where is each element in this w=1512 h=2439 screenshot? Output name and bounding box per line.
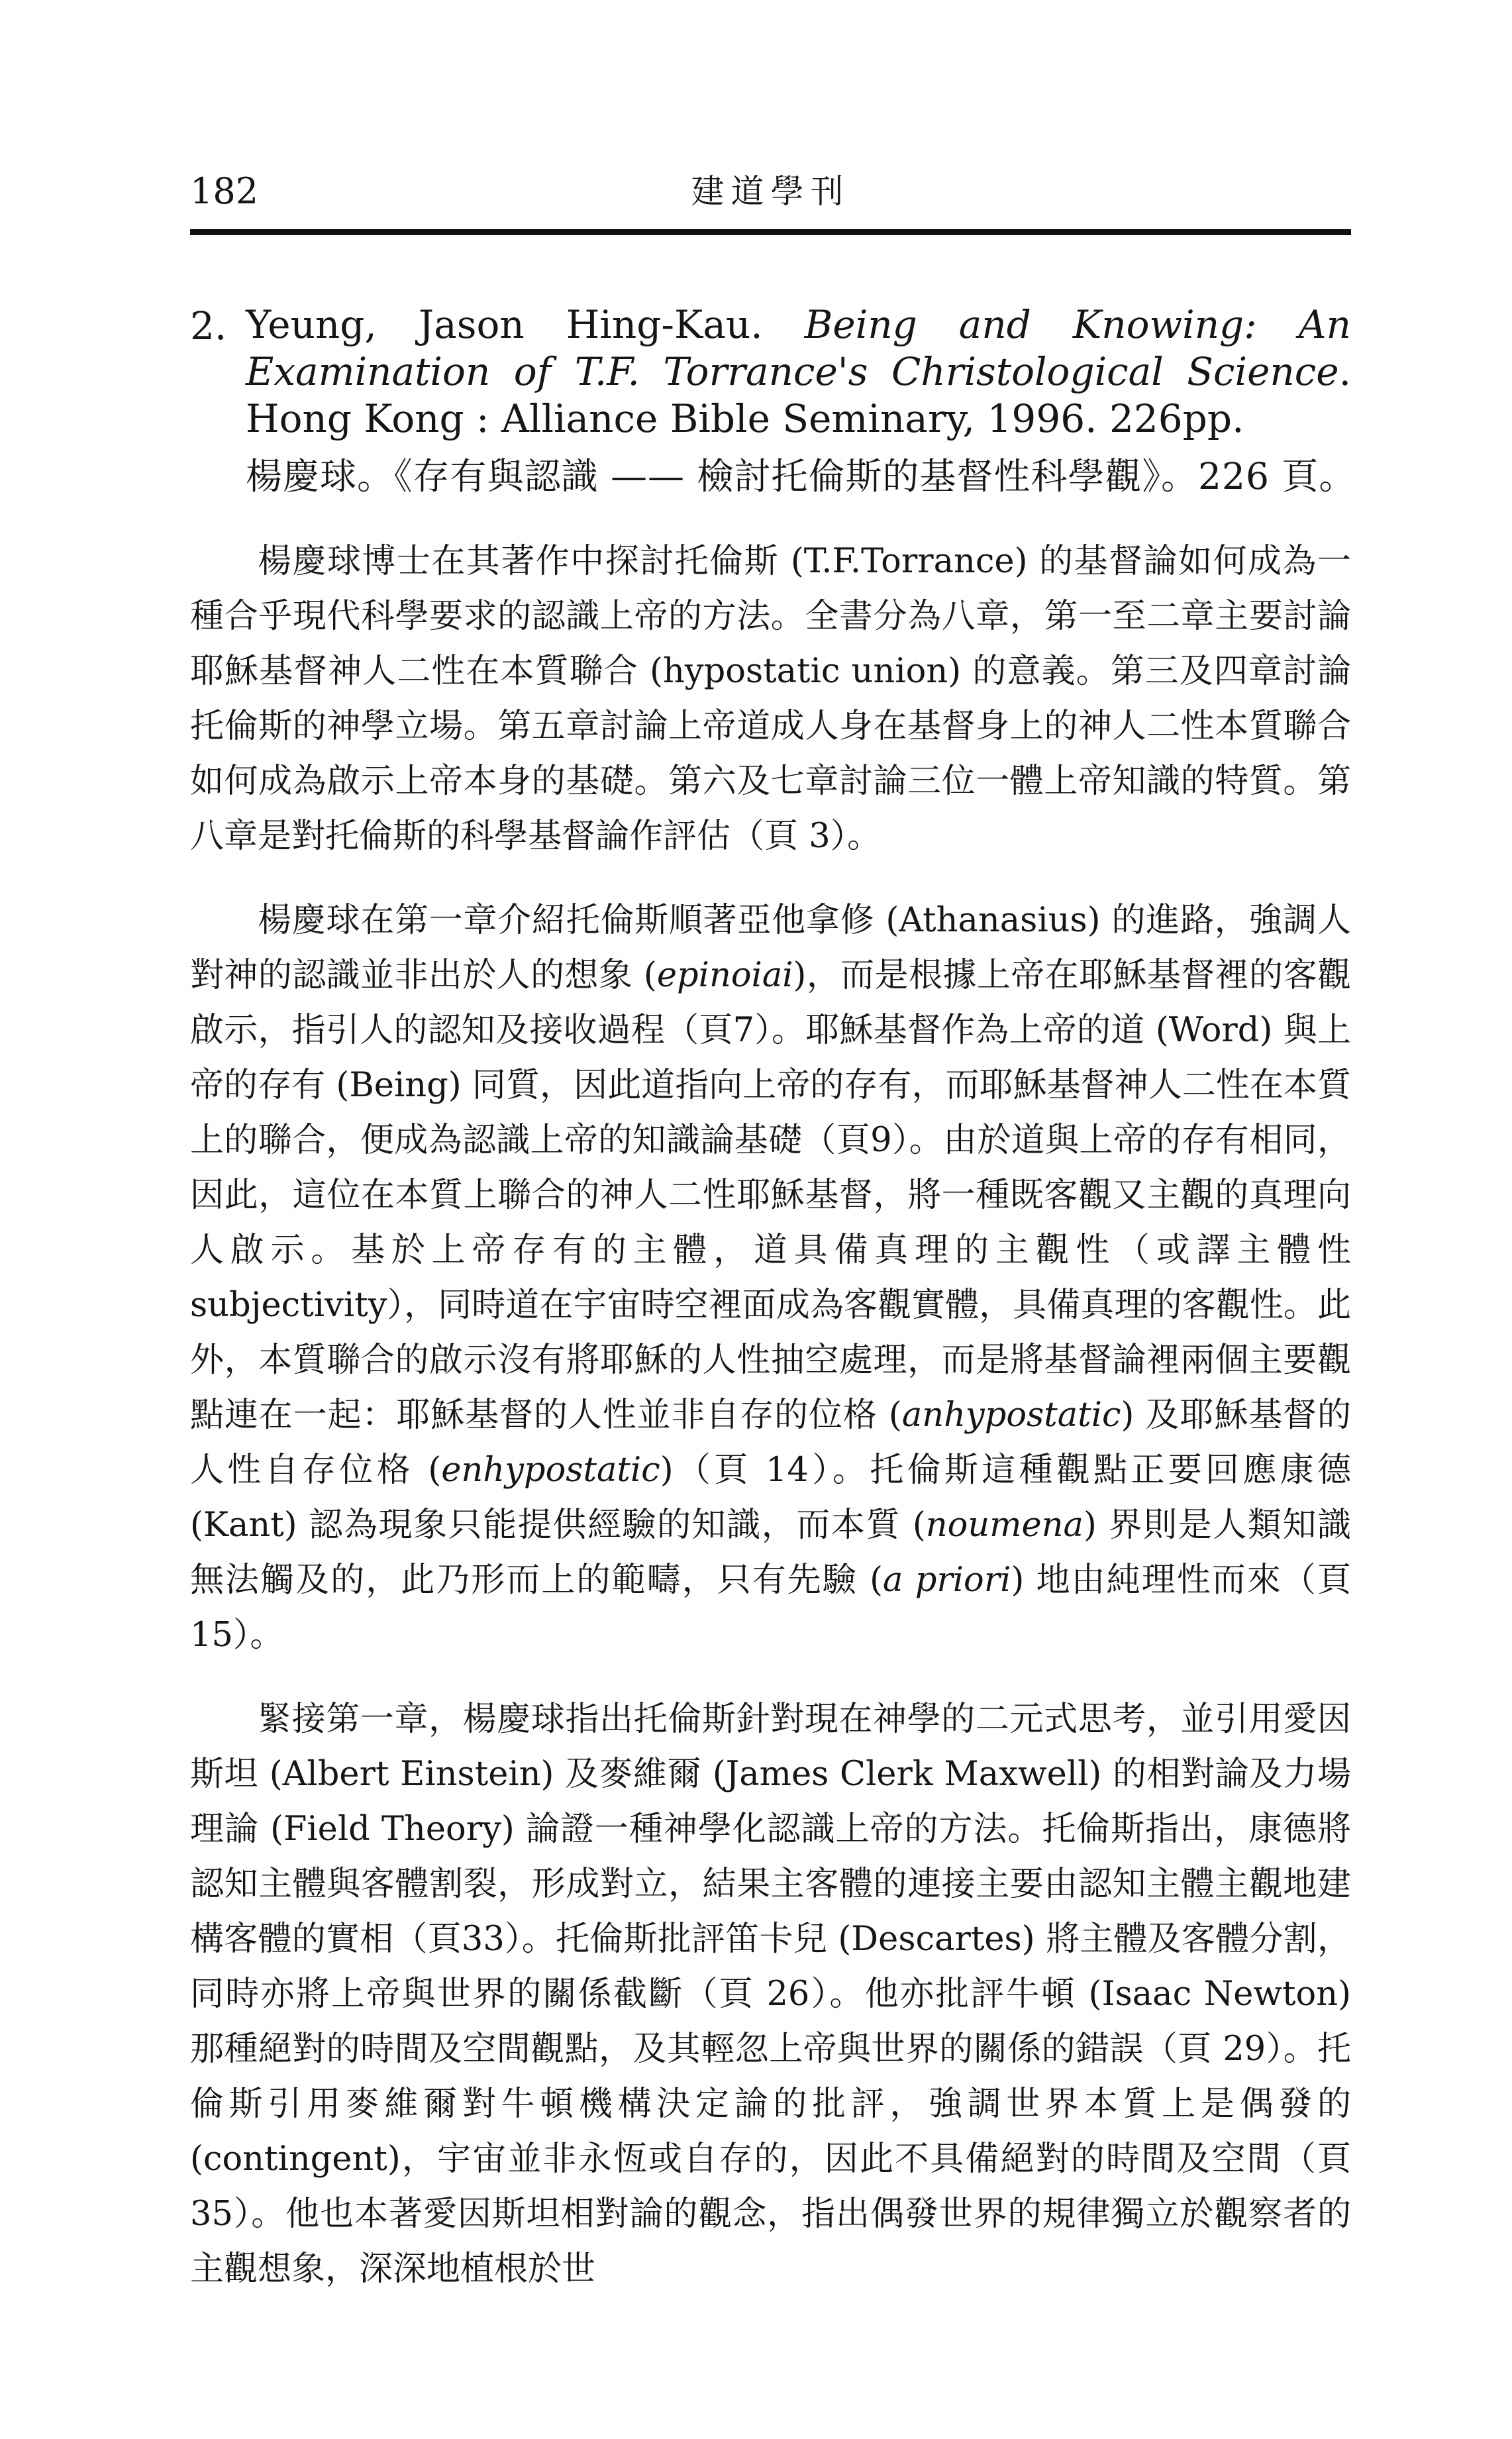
italic-text-run: enhypostatic [441,1451,660,1490]
text-run: 緊接第一章，楊慶球指出托倫斯針對現在神學的二元式思考，並引用愛因斯坦 (Albe… [190,1700,1351,2289]
journal-title: 建道學刊 [691,171,850,212]
paragraph-2: 楊慶球在第一章介紹托倫斯順著亞他拿修 (Athanasius) 的進路，強調人對… [190,893,1351,1663]
review-body: 楊慶球博士在其著作中探討托倫斯 (T.F.Torrance) 的基督論如何成為一… [190,534,1351,2297]
page-number: 182 [190,171,258,212]
journal-page: 182 建道學刊 2. Yeung, Jason Hing-Kau. Being… [0,0,1512,2439]
text-run: )，而是根據上帝在耶穌基督裡的客觀啟示，指引人的認知及接收過程（頁7）。耶穌基督… [190,956,1351,1435]
italic-text-run: anhypostatic [902,1396,1121,1435]
header-rule [190,229,1351,235]
text-run: 楊慶球博士在其著作中探討托倫斯 (T.F.Torrance) 的基督論如何成為一… [190,542,1351,856]
page-header: 182 建道學刊 [190,171,1351,212]
italic-text-run: epinoiai [657,956,793,995]
italic-text-run: noumena [926,1506,1084,1545]
italic-text-run: a priori [883,1561,1011,1600]
citation-english: Yeung, Jason Hing-Kau. Being and Knowing… [246,301,1351,442]
book-citation: 2. Yeung, Jason Hing-Kau. Being and Know… [190,301,1351,502]
citation-number: 2. [190,303,227,350]
paragraph-3: 緊接第一章，楊慶球指出托倫斯針對現在神學的二元式思考，並引用愛因斯坦 (Albe… [190,1692,1351,2297]
text-run: Yeung, Jason Hing-Kau. [246,302,805,347]
citation-chinese: 楊慶球。《存有與認識 —— 檢討托倫斯的基督性科學觀》。226 頁。 [246,450,1351,502]
paragraph-1: 楊慶球博士在其著作中探討托倫斯 (T.F.Torrance) 的基督論如何成為一… [190,534,1351,864]
